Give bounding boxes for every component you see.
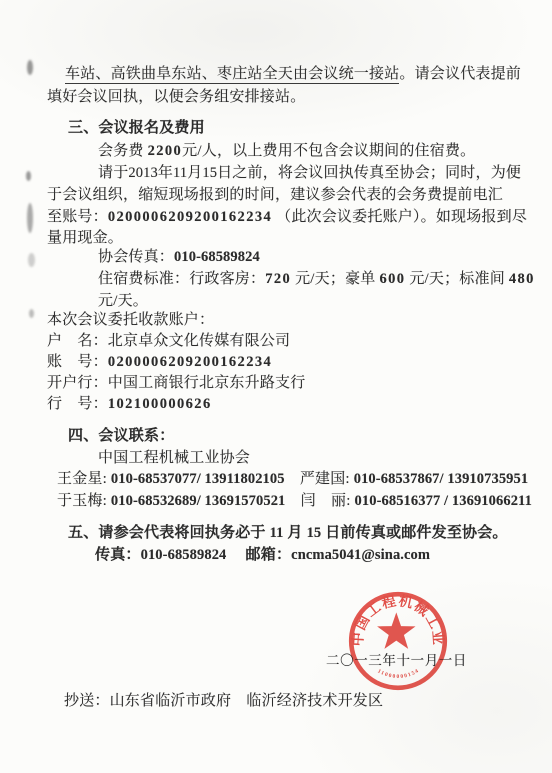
text-segment: 填好会议回执，以便会务组安排接站。 [47, 89, 305, 105]
section-4-heading: 四、会议联系： [68, 427, 174, 446]
text-segment: 账 号： [47, 354, 108, 370]
text-segment: 15 [202, 165, 217, 181]
text-segment: 抄送：山东省临沂市政府 临沂经济技术开发区 [64, 693, 383, 709]
text-segment: 日之前，将会议回执传真至协会；同时，为便 [217, 165, 521, 181]
text-segment: 元/人，以上费用不包含会议期间的住宿费。 [182, 143, 475, 159]
scan-artifact [28, 253, 35, 267]
text-segment: 三、会议报名及费用 [68, 120, 205, 136]
text-segment: 15 [307, 525, 322, 541]
text-segment: 010-68589824 [141, 547, 227, 563]
text-segment: 行 号： [47, 396, 108, 412]
text-segment: 日前传真或邮件发至协会。 [321, 525, 507, 541]
payee-bank-code-line: 行 号：102100000626 [47, 395, 212, 414]
cc-line: 抄送：山东省临沂市政府 临沂经济技术开发区 [64, 692, 383, 711]
text-segment: 010-68537867/ 13910735951 [354, 471, 528, 487]
payee-account-heading: 本次会议委托收款账户： [47, 311, 214, 330]
text-segment: 邮箱： [246, 547, 292, 563]
text-segment: 协会传真： [98, 249, 174, 265]
text-segment: 五、请参会代表将回执务必于 [68, 525, 270, 541]
text-segment: 年 [158, 165, 173, 181]
text-segment: 102100000626 [108, 396, 212, 412]
cash-line: 量用现金。 [47, 229, 123, 248]
scan-artifact [27, 60, 33, 75]
text-segment: 0200006209200162234 [108, 354, 272, 370]
text-segment: 月 [187, 165, 202, 181]
scan-artifact [26, 171, 31, 181]
contacts-line-2: 于玉梅: 010-68532689/ 13691570521 闫 丽: 010-… [57, 492, 532, 511]
text-segment: 闫 丽: [301, 493, 355, 509]
payee-name-line: 户 名：北京卓众文化传媒有限公司 [47, 332, 290, 351]
reply-fax-email-line: 传真：010-68589824 邮箱：cncma5041@sina.com [95, 546, 430, 565]
text-segment: 中国工程机械工业协会 [98, 450, 250, 466]
text-segment: 车站、高铁曲阜东站、枣庄站全天由会议统一接站 [65, 66, 399, 84]
text-segment: 480 [509, 271, 535, 287]
text-segment [226, 547, 245, 563]
contacts-line-1: 王金星: 010-68537077/ 13911802105 严建国: 010-… [57, 470, 528, 489]
text-segment: 元/天；标准间 [405, 271, 508, 287]
text-segment: 010-68532689/ 13691570521 [111, 493, 285, 509]
text-segment: 住宿费标准：行政客房： [98, 271, 265, 287]
fee-line: 会务费 2200元/人，以上费用不包含会议期间的住宿费。 [98, 142, 475, 161]
text-segment: 量用现金。 [47, 230, 123, 246]
deadline-line: 请于2013年11月15日之前，将会议回执传真至协会；同时，为便 [98, 164, 521, 183]
scan-artifact [29, 309, 34, 318]
document-page: 车站、高铁曲阜东站、枣庄站全天由会议统一接站。请会议代表提前填好会议回执，以便会… [0, 0, 552, 773]
text-segment: cncma5041@sina.com [291, 547, 430, 563]
seal-star-icon [377, 612, 415, 649]
text-segment [285, 471, 300, 487]
text-segment: 本次会议委托收款账户： [47, 312, 214, 328]
official-seal-stamp: 中国工程机械工业协会 1100000015430 [339, 579, 457, 703]
text-segment: 720 [265, 271, 291, 287]
pickup-note-line-2: 填好会议回执，以便会务组安排接站。 [47, 88, 305, 107]
text-segment: 月 [283, 525, 306, 541]
text-segment: 010-68537077/ 13911802105 [111, 471, 285, 487]
payee-account-number-line: 账 号：0200006209200162234 [47, 353, 272, 372]
pickup-note-line-1: 车站、高铁曲阜东站、枣庄站全天由会议统一接站。请会议代表提前 [65, 65, 521, 84]
text-segment: 户 名：北京卓众文化传媒有限公司 [47, 333, 290, 349]
association-name-line: 中国工程机械工业协会 [98, 449, 250, 468]
text-segment: 010-68589824 [174, 249, 260, 265]
lodging-rate-line-1: 住宿费标准：行政客房：720 元/天；豪单 600 元/天；标准间 480 [98, 270, 535, 289]
text-segment: 于会议组织，缩短现场报到的时间，建议参会代表的会务费提前电汇 [47, 187, 503, 203]
text-segment: 2013 [128, 165, 157, 181]
section-3-heading: 三、会议报名及费用 [68, 119, 205, 138]
text-segment: 会务费 [98, 143, 148, 159]
text-segment: 四、会议联系： [68, 428, 174, 444]
text-segment: 0200006209200162234 [108, 209, 272, 225]
text-segment: 元/天；豪单 [291, 271, 379, 287]
text-segment: 王金星: [57, 471, 111, 487]
text-segment: 11 [173, 165, 187, 181]
text-segment: 600 [379, 271, 405, 287]
text-segment: 开户行：中国工商银行北京东升路支行 [47, 375, 305, 391]
text-segment: 11 [270, 525, 284, 541]
organize-line: 于会议组织，缩短现场报到的时间，建议参会代表的会务费提前电汇 [47, 186, 503, 205]
text-segment: 2200 [148, 143, 183, 159]
text-segment [285, 493, 300, 509]
section-5-heading: 五、请参会代表将回执务必于 11 月 15 日前传真或邮件发至协会。 [68, 524, 508, 543]
text-segment: （此次会议委托账户）。如现场报到尽 [272, 209, 527, 225]
text-segment: 至账号： [47, 209, 108, 225]
scan-artifact [27, 203, 33, 233]
text-segment: 请于 [98, 165, 128, 181]
text-segment: 010-68516377 / 13691066211 [355, 493, 532, 509]
association-fax-line: 协会传真：010-68589824 [98, 248, 260, 267]
remit-account-line: 至账号：0200006209200162234 （此次会议委托账户）。如现场报到… [47, 208, 527, 227]
text-segment: 于玉梅: [57, 493, 111, 509]
text-segment: 元/天。 [98, 293, 148, 309]
text-segment: 。请会议代表提前 [399, 66, 521, 82]
payee-bank-line: 开户行：中国工商银行北京东升路支行 [47, 374, 305, 393]
text-segment: 严建国: [300, 471, 354, 487]
lodging-rate-line-2: 元/天。 [98, 292, 148, 311]
text-segment: 传真： [95, 547, 141, 563]
